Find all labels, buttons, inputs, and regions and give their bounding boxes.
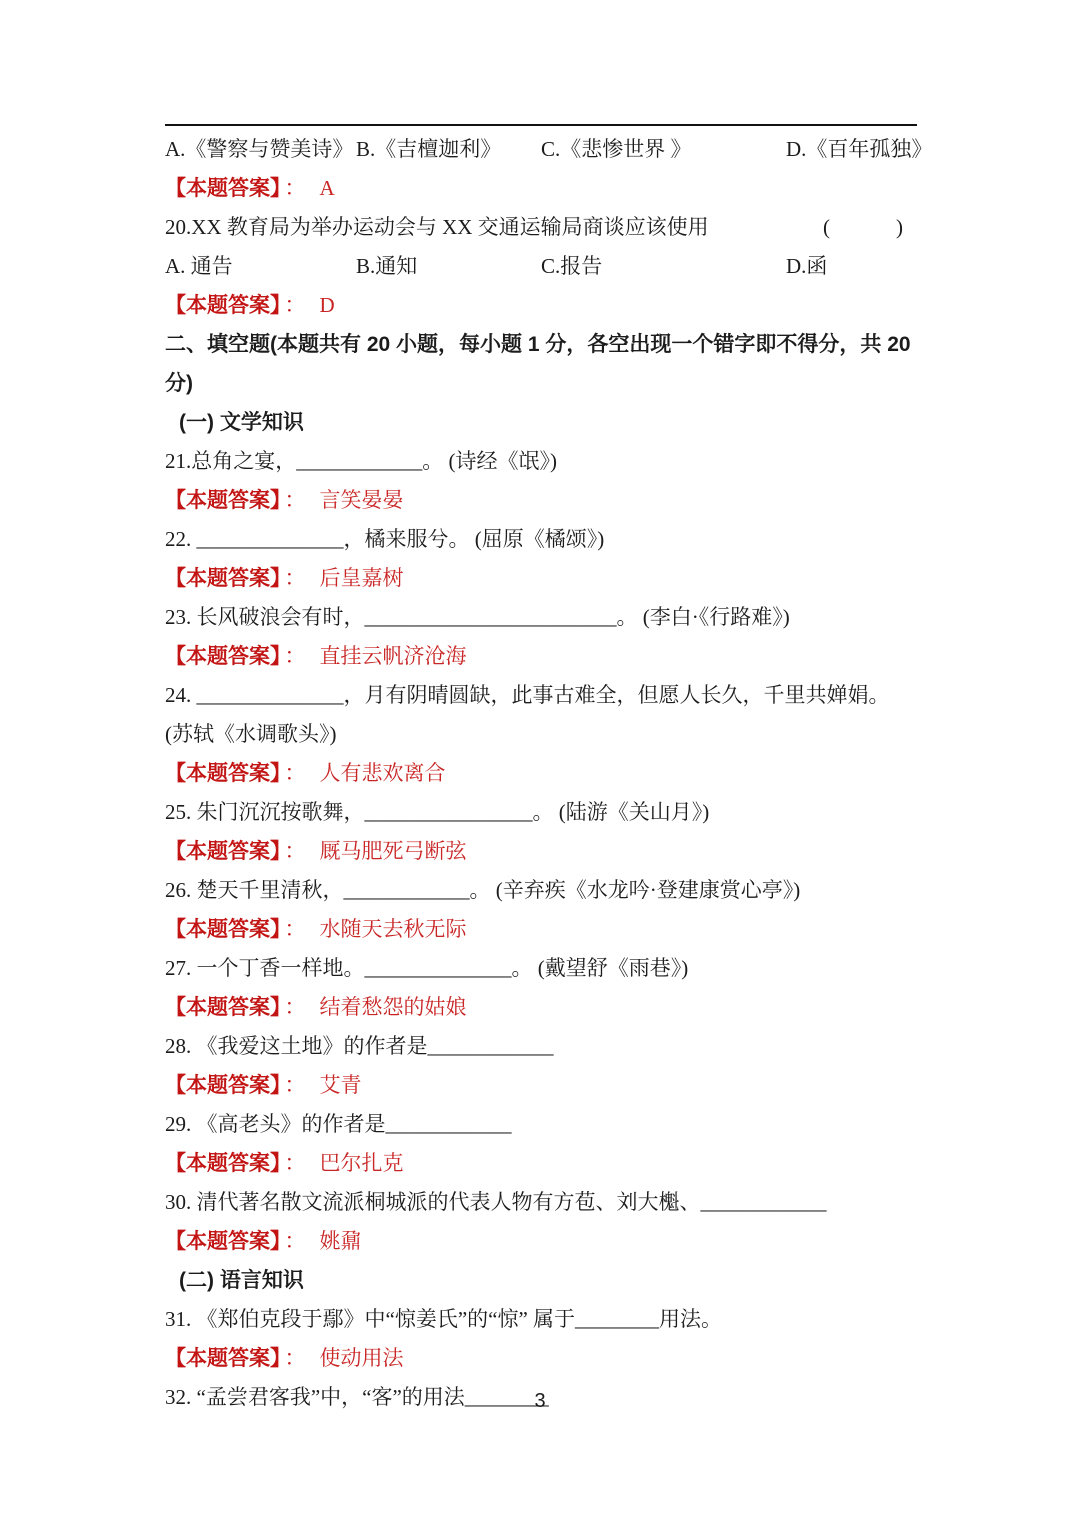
answer-value: 水随天去秋无际 xyxy=(320,917,467,941)
document-content: A.《警察与赞美诗》 B.《吉檀迦利》 C.《悲惨世界 》 D.《百年孤独》 【… xyxy=(165,0,917,1417)
answer-row-28: 【本题答案】：艾青 xyxy=(165,1066,917,1105)
answer-row-29: 【本题答案】：巴尔扎克 xyxy=(165,1144,917,1183)
option-d: D.函 xyxy=(786,247,917,286)
question-20-options-row: A. 通告 B.通知 C.报告 D.函 xyxy=(165,247,917,286)
question-23-text: 23. 长风破浪会有时，________________________。 (李… xyxy=(165,598,917,637)
answer-label: 【本题答案】 xyxy=(165,293,281,317)
answer-separator: ： xyxy=(285,644,306,668)
option-a: A. 通告 xyxy=(165,247,356,286)
header-divider-rule xyxy=(165,124,917,126)
question-22-text: 22. ______________，橘来服兮。 (屈原《橘颂》) xyxy=(165,520,917,559)
answer-value: 艾青 xyxy=(320,1073,362,1097)
answer-value: 直挂云帆济沧海 xyxy=(320,644,467,668)
question-text: 20.XX 教育局为举办运动会与 XX 交通运输局商谈应该使用 xyxy=(165,208,709,247)
answer-label: 【本题答案】 xyxy=(165,488,281,512)
answer-bracket: ( ) xyxy=(823,208,917,247)
answer-row-22: 【本题答案】：后皇嘉树 xyxy=(165,559,917,598)
option-c: C.报告 xyxy=(541,247,786,286)
question-21-text: 21.总角之宴，____________。 (诗经《氓》) xyxy=(165,442,917,481)
subsection-heading-literary-knowledge: (一) 文学知识 xyxy=(165,403,917,442)
answer-label: 【本题答案】 xyxy=(165,761,281,785)
question-20-text: 20.XX 教育局为举办运动会与 XX 交通运输局商谈应该使用 ( ) xyxy=(165,208,917,247)
answer-label: 【本题答案】 xyxy=(165,995,281,1019)
option-b: B.《吉檀迦利》 xyxy=(356,130,541,169)
answer-separator: ： xyxy=(285,761,306,785)
question-19-options-row: A.《警察与赞美诗》 B.《吉檀迦利》 C.《悲惨世界 》 D.《百年孤独》 xyxy=(165,130,917,169)
answer-separator: ： xyxy=(285,995,306,1019)
answer-value: 言笑晏晏 xyxy=(320,488,404,512)
answer-label: 【本题答案】 xyxy=(165,566,281,590)
answer-label: 【本题答案】 xyxy=(165,1229,281,1253)
question-27-text: 27. 一个丁香一样地。______________。 (戴望舒《雨巷》) xyxy=(165,949,917,988)
question-28-text: 28. 《我爱这土地》的作者是____________ xyxy=(165,1027,917,1066)
subsection-heading-language-knowledge: (二) 语言知识 xyxy=(165,1261,917,1300)
question-30-text: 30. 清代著名散文流派桐城派的代表人物有方苞、刘大櫆、____________ xyxy=(165,1183,917,1222)
option-b: B.通知 xyxy=(356,247,541,286)
answer-value: A xyxy=(320,176,335,200)
answer-value: 姚鼐 xyxy=(320,1229,362,1253)
question-31-text: 31. 《郑伯克段于鄢》中“惊姜氏”的“惊” 属于________用法。 xyxy=(165,1300,917,1339)
answer-separator: ： xyxy=(285,1229,306,1253)
answer-separator: ： xyxy=(285,293,306,317)
answer-label: 【本题答案】 xyxy=(165,176,281,200)
answer-row-30: 【本题答案】：姚鼐 xyxy=(165,1222,917,1261)
answer-label: 【本题答案】 xyxy=(165,1346,281,1370)
option-a: A.《警察与赞美诗》 xyxy=(165,130,356,169)
question-26-text: 26. 楚天千里清秋，____________。 (辛弃疾《水龙吟·登建康赏心亭… xyxy=(165,871,917,910)
answer-row-26: 【本题答案】：水随天去秋无际 xyxy=(165,910,917,949)
answer-separator: ： xyxy=(285,1073,306,1097)
answer-row-27: 【本题答案】：结着愁怨的姑娘 xyxy=(165,988,917,1027)
answer-separator: ： xyxy=(285,1151,306,1175)
answer-value: D xyxy=(320,293,335,317)
section-heading-fill-in-blanks: 二、填空题(本题共有 20 小题，每小题 1 分，各空出现一个错字即不得分，共 … xyxy=(165,325,917,403)
answer-row-20: 【本题答案】：D xyxy=(165,286,917,325)
answer-row-19: 【本题答案】：A xyxy=(165,169,917,208)
answer-value: 后皇嘉树 xyxy=(320,566,404,590)
answer-label: 【本题答案】 xyxy=(165,1073,281,1097)
answer-separator: ： xyxy=(285,176,306,200)
answer-value: 厩马肥死弓断弦 xyxy=(320,839,467,863)
answer-row-24: 【本题答案】：人有悲欢离合 xyxy=(165,754,917,793)
answer-separator: ： xyxy=(285,839,306,863)
document-page: A.《警察与赞美诗》 B.《吉檀迦利》 C.《悲惨世界 》 D.《百年孤独》 【… xyxy=(0,0,1080,1527)
answer-value: 结着愁怨的姑娘 xyxy=(320,995,467,1019)
answer-row-23: 【本题答案】：直挂云帆济沧海 xyxy=(165,637,917,676)
answer-row-25: 【本题答案】：厩马肥死弓断弦 xyxy=(165,832,917,871)
question-29-text: 29. 《高老头》的作者是____________ xyxy=(165,1105,917,1144)
question-24-text: 24. ______________，月有阴晴圆缺，此事古难全，但愿人长久，千里… xyxy=(165,676,917,754)
answer-value: 人有悲欢离合 xyxy=(320,761,446,785)
answer-label: 【本题答案】 xyxy=(165,1151,281,1175)
answer-label: 【本题答案】 xyxy=(165,917,281,941)
answer-row-31: 【本题答案】：使动用法 xyxy=(165,1339,917,1378)
answer-value: 巴尔扎克 xyxy=(320,1151,404,1175)
answer-row-21: 【本题答案】：言笑晏晏 xyxy=(165,481,917,520)
answer-separator: ： xyxy=(285,488,306,512)
answer-separator: ： xyxy=(285,1346,306,1370)
answer-value: 使动用法 xyxy=(320,1346,404,1370)
answer-label: 【本题答案】 xyxy=(165,644,281,668)
option-c: C.《悲惨世界 》 xyxy=(541,130,786,169)
question-25-text: 25. 朱门沉沉按歌舞，________________。 (陆游《关山月》) xyxy=(165,793,917,832)
answer-label: 【本题答案】 xyxy=(165,839,281,863)
answer-separator: ： xyxy=(285,566,306,590)
page-number: 3 xyxy=(0,1390,1080,1413)
option-d: D.《百年孤独》 xyxy=(786,130,932,169)
answer-separator: ： xyxy=(285,917,306,941)
